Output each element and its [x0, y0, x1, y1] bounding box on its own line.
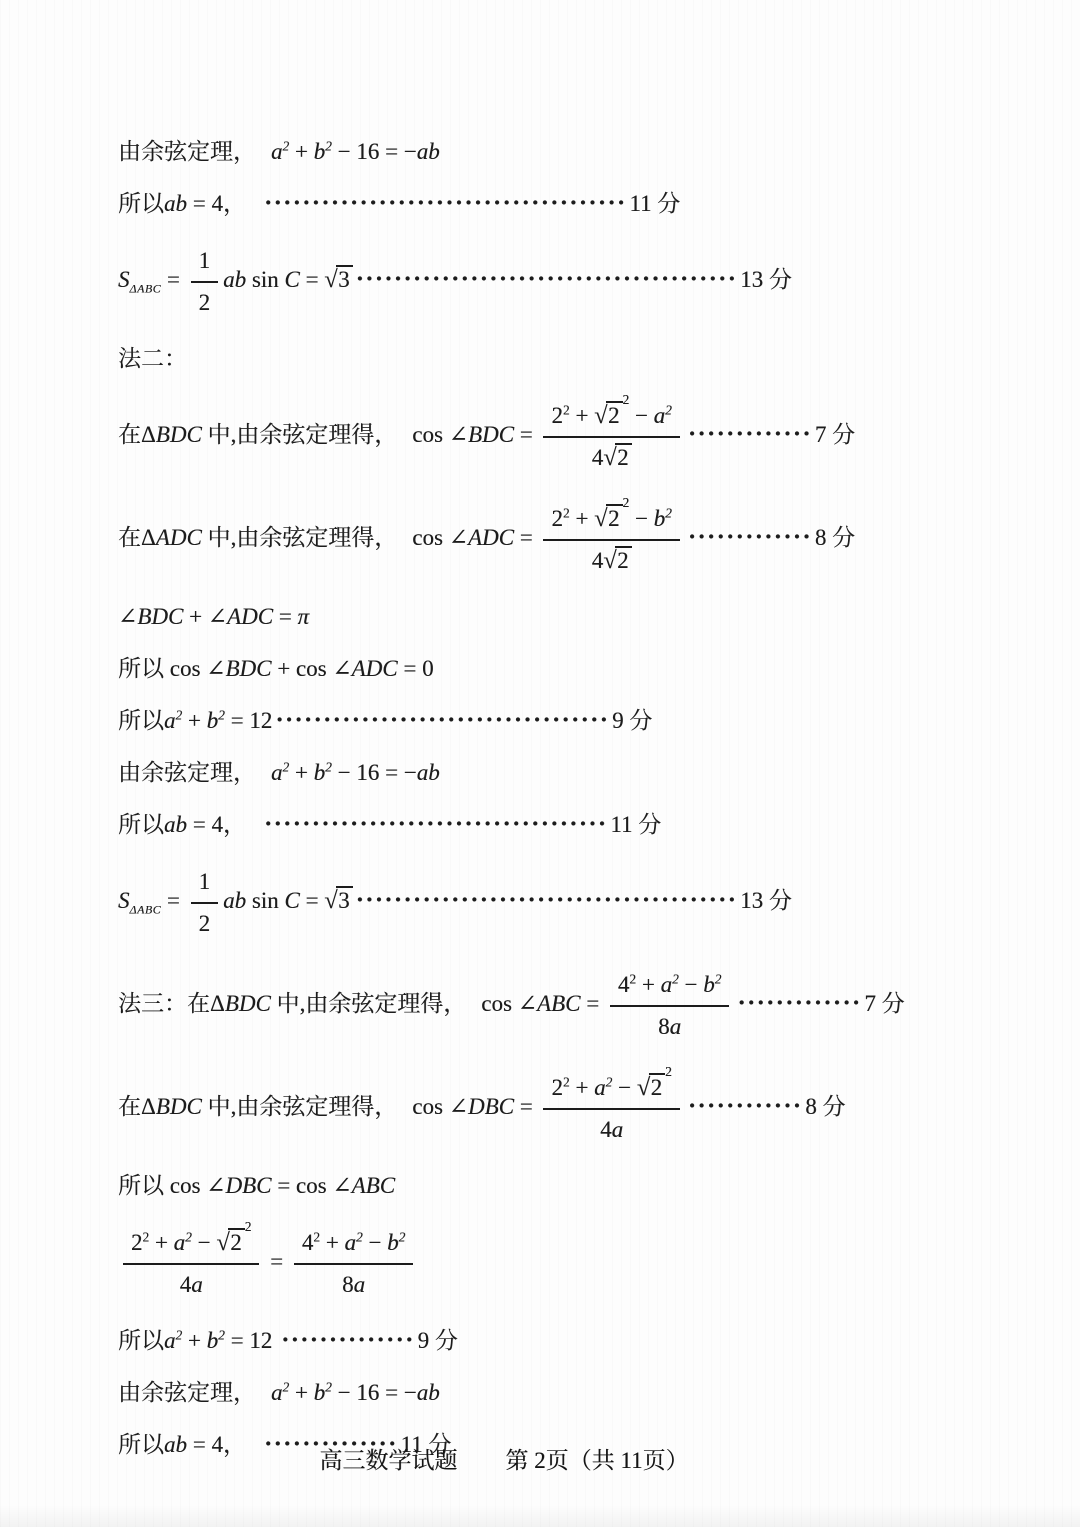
- text-run: 所以: [118, 656, 164, 681]
- math-run: =: [273, 604, 297, 629]
- text-run: 在: [118, 525, 141, 550]
- math-run: cos ∠: [412, 525, 468, 550]
- footer-page-info: 第 2页（共 11页）: [505, 1442, 688, 1475]
- math-var: C: [284, 888, 299, 913]
- math-run: cos ∠: [481, 991, 537, 1016]
- math-line-17: 所以a2 + b2 = 12 ··············9 分: [118, 1323, 1020, 1359]
- text-run: 中,由余弦定理得，: [202, 1094, 398, 1119]
- math-line-7: ∠BDC + ∠ADC = π: [118, 599, 1020, 635]
- math-run: − 16 = −: [332, 1380, 417, 1405]
- fraction: 22 + √22 − b24√2: [543, 502, 679, 577]
- math-run: +: [570, 403, 594, 428]
- text-run: 在: [118, 422, 141, 447]
- text-run: 法三：在: [118, 991, 210, 1016]
- text-run: 法二：: [118, 346, 187, 371]
- math-power: a2: [271, 760, 289, 785]
- math-run: +: [289, 139, 313, 164]
- dot-leader: ·············: [688, 421, 812, 448]
- math-run: =: [514, 422, 538, 447]
- math-run: 2: [199, 911, 211, 936]
- text-run: 中,由余弦定理得，: [202, 422, 398, 447]
- math-run: +: [570, 1075, 594, 1100]
- math-run: 8: [658, 1014, 670, 1039]
- math-run: Δ: [141, 525, 156, 550]
- math-line-15: 所以 cos ∠DBC = cos ∠ABC: [118, 1168, 1020, 1204]
- math-power: b2: [654, 506, 672, 531]
- math-run: +: [182, 1328, 206, 1353]
- text-run: 所以: [118, 812, 164, 837]
- math-run: −: [612, 1075, 636, 1100]
- math-run: +: [149, 1230, 173, 1255]
- dot-leader: ·············: [688, 524, 812, 551]
- text-run: 由余弦定理，: [118, 139, 256, 164]
- math-run: 4: [592, 445, 604, 470]
- math-run: + cos ∠: [271, 656, 351, 681]
- math-run: +: [320, 1230, 344, 1255]
- math-power: a2: [174, 1230, 192, 1255]
- dot-leader: ······································: [264, 190, 626, 217]
- text-run: 中,由余弦定理得，: [271, 991, 467, 1016]
- math-run: −: [629, 506, 653, 531]
- math-power: 22: [551, 506, 569, 531]
- sqrt-expr: √2: [603, 443, 631, 473]
- math-line-3: SΔABC = 12ab sin C = √3·················…: [118, 238, 1020, 325]
- math-run: = 12: [225, 708, 272, 733]
- text-run: 在: [118, 1094, 141, 1119]
- solution-content: 由余弦定理，a2 + b2 − 16 = −ab所以ab = 4，·······…: [0, 0, 1080, 1463]
- math-run: =: [161, 267, 185, 292]
- fraction: 42 + a2 − b28a: [610, 968, 729, 1043]
- math-run: 7 分: [815, 422, 855, 447]
- math-power: 22: [551, 1075, 569, 1100]
- math-power: b2: [314, 1380, 332, 1405]
- math-run: −: [629, 403, 653, 428]
- fraction: 42 + a2 − b28a: [294, 1226, 413, 1301]
- math-var: ADC: [156, 525, 202, 550]
- math-line-13: 法三：在ΔBDC 中,由余弦定理得，cos ∠ABC = 42 + a2 − b…: [118, 962, 1020, 1049]
- math-run: = 4: [187, 191, 223, 216]
- math-var: ab: [417, 1380, 440, 1405]
- math-run: 4: [600, 1117, 612, 1142]
- math-var: a: [354, 1272, 366, 1297]
- sqrt-expr: √3: [324, 262, 352, 298]
- math-run: 13 分: [740, 267, 792, 292]
- math-power: a2: [164, 708, 182, 733]
- text-run: 所以: [118, 1328, 164, 1353]
- math-line-1: 由余弦定理，a2 + b2 − 16 = −ab: [118, 134, 1020, 170]
- fraction: 22 + a2 − √224a: [123, 1226, 259, 1301]
- math-power: b2: [207, 1328, 225, 1353]
- text-run: 所以: [118, 1173, 164, 1198]
- math-run: cos ∠: [412, 1094, 468, 1119]
- math-var: C: [284, 267, 299, 292]
- math-power: a2: [271, 1380, 289, 1405]
- fraction: 12: [191, 244, 219, 319]
- math-power: a2: [164, 1328, 182, 1353]
- math-run: − 16 = −: [332, 760, 417, 785]
- math-power: b2: [207, 708, 225, 733]
- math-run: +: [636, 972, 660, 997]
- math-run: =: [514, 1094, 538, 1119]
- math-line-9: 所以a2 + b2 = 12··························…: [118, 703, 1020, 739]
- math-run: = 0: [398, 656, 434, 681]
- math-run: −: [363, 1230, 387, 1255]
- math-run: 8 分: [815, 525, 855, 550]
- math-line-18: 由余弦定理，a2 + b2 − 16 = −ab: [118, 1375, 1020, 1411]
- fraction: 22 + a2 − √224a: [543, 1071, 679, 1146]
- math-line-10: 由余弦定理，a2 + b2 − 16 = −ab: [118, 755, 1020, 791]
- math-var: ab: [417, 760, 440, 785]
- math-power: a2: [654, 403, 672, 428]
- text-run: 中,由余弦定理得，: [202, 525, 398, 550]
- sqrt-expr: √22: [594, 504, 629, 534]
- math-line-16: 22 + a2 − √224a = 42 + a2 − b28a: [118, 1220, 1020, 1307]
- math-line-14: 在ΔBDC 中,由余弦定理得，cos ∠DBC = 22 + a2 − √224…: [118, 1065, 1020, 1152]
- sqrt-expr: √22: [216, 1228, 251, 1258]
- math-run: 2: [199, 290, 211, 315]
- math-power: 42: [618, 972, 636, 997]
- math-var: BDC: [225, 656, 271, 681]
- math-run: =: [300, 267, 324, 292]
- math-var: ab: [164, 191, 187, 216]
- math-run: = 12: [225, 1328, 278, 1353]
- text-run: 所以: [118, 191, 164, 216]
- footer-doc-title: 高三数学试题: [319, 1442, 457, 1475]
- dot-leader: ··············: [281, 1327, 415, 1354]
- math-run: 9 分: [418, 1328, 458, 1353]
- math-var: BDC: [156, 1094, 202, 1119]
- math-var: ab: [417, 139, 440, 164]
- text-run: 所以: [118, 708, 164, 733]
- math-run: 11 分: [629, 191, 680, 216]
- math-var: ABC: [352, 1173, 395, 1198]
- math-line-11: 所以ab = 4，·······························…: [118, 807, 1020, 843]
- dot-leader: ········································: [356, 887, 738, 914]
- math-run: 13 分: [740, 888, 792, 913]
- math-run: Δ: [210, 991, 225, 1016]
- math-var: BDC: [468, 422, 514, 447]
- math-var: BDC: [137, 604, 183, 629]
- math-run: 7 分: [864, 991, 904, 1016]
- dot-leader: ····································: [264, 811, 607, 838]
- math-power: a2: [345, 1230, 363, 1255]
- sqrt-expr: √22: [594, 401, 629, 431]
- sqrt-expr: √3: [324, 883, 352, 919]
- math-var: DBC: [225, 1173, 271, 1198]
- math-var: DBC: [468, 1094, 514, 1119]
- math-run: sin: [246, 267, 284, 292]
- math-run: −: [192, 1230, 216, 1255]
- math-var: ab: [164, 812, 187, 837]
- dot-leader: ·············: [737, 990, 861, 1017]
- math-run: 9 分: [612, 708, 652, 733]
- math-var: ABC: [537, 991, 580, 1016]
- math-run: 1: [199, 869, 211, 894]
- dot-leader: ············: [688, 1093, 802, 1120]
- math-run: cos ∠: [164, 1173, 225, 1198]
- math-var: ab: [223, 267, 246, 292]
- math-var: π: [298, 604, 310, 629]
- math-run: −: [679, 972, 703, 997]
- text-run: 由余弦定理，: [118, 760, 256, 785]
- math-power: 22: [551, 403, 569, 428]
- sqrt-expr: √22: [637, 1073, 672, 1103]
- text-run: ，: [223, 191, 246, 216]
- math-run: 1: [199, 248, 211, 273]
- math-run: +: [289, 760, 313, 785]
- math-subscripted: SΔABC: [118, 888, 161, 913]
- math-run: =: [514, 525, 538, 550]
- math-run: 4: [180, 1272, 192, 1297]
- math-power: b2: [314, 760, 332, 785]
- math-run: + ∠: [183, 604, 227, 629]
- math-line-8: 所以 cos ∠BDC + cos ∠ADC = 0: [118, 651, 1020, 687]
- math-run: =: [161, 888, 185, 913]
- math-var: ab: [223, 888, 246, 913]
- math-line-6: 在ΔADC 中,由余弦定理得，cos ∠ADC = 22 + √22 − b24…: [118, 496, 1020, 583]
- math-var: a: [612, 1117, 624, 1142]
- math-power: 22: [131, 1230, 149, 1255]
- math-run: = 4: [187, 812, 223, 837]
- math-var: a: [670, 1014, 682, 1039]
- math-var: ADC: [468, 525, 514, 550]
- math-power: a2: [271, 139, 289, 164]
- math-var: ADC: [352, 656, 398, 681]
- math-var: BDC: [156, 422, 202, 447]
- math-power: b2: [703, 972, 721, 997]
- fraction: 22 + √22 − a24√2: [543, 399, 679, 474]
- fraction: 12: [191, 865, 219, 940]
- math-power: a2: [661, 972, 679, 997]
- page-footer: 高三数学试题 第 2页（共 11页）: [0, 1442, 1080, 1475]
- dot-leader: ········································: [356, 266, 738, 293]
- math-run: +: [289, 1380, 313, 1405]
- math-run: +: [182, 708, 206, 733]
- math-run: ∠: [118, 604, 137, 629]
- math-power: a2: [594, 1075, 612, 1100]
- math-var: a: [191, 1272, 203, 1297]
- math-run: − 16 = −: [332, 139, 417, 164]
- math-run: Δ: [141, 1094, 156, 1119]
- math-run: 4: [592, 548, 604, 573]
- math-run: cos ∠: [412, 422, 468, 447]
- math-run: =: [300, 888, 324, 913]
- exam-solution-page: 由余弦定理，a2 + b2 − 16 = −ab所以ab = 4，·······…: [0, 0, 1080, 1527]
- math-run: 8 分: [805, 1094, 845, 1119]
- math-subscripted: SΔABC: [118, 267, 161, 292]
- math-run: +: [570, 506, 594, 531]
- math-line-5: 在ΔBDC 中,由余弦定理得，cos ∠BDC = 22 + √22 − a24…: [118, 393, 1020, 480]
- math-run: sin: [246, 888, 284, 913]
- math-run: =: [580, 991, 604, 1016]
- math-run: Δ: [141, 422, 156, 447]
- text-run: 由余弦定理，: [118, 1380, 256, 1405]
- math-line-12: SΔABC = 12ab sin C = √3·················…: [118, 859, 1020, 946]
- math-var: ADC: [227, 604, 273, 629]
- dot-leader: ···································: [275, 707, 609, 734]
- math-power: b2: [314, 139, 332, 164]
- math-run: = cos ∠: [271, 1173, 351, 1198]
- math-run: cos ∠: [164, 656, 225, 681]
- math-var: BDC: [225, 991, 271, 1016]
- math-run: =: [264, 1249, 288, 1274]
- math-run: 11 分: [610, 812, 661, 837]
- math-line-2: 所以ab = 4，·······························…: [118, 186, 1020, 222]
- sqrt-expr: √2: [603, 546, 631, 576]
- math-power: b2: [387, 1230, 405, 1255]
- math-line-4: 法二：: [118, 341, 1020, 377]
- text-run: ，: [223, 812, 246, 837]
- math-power: 42: [302, 1230, 320, 1255]
- math-run: 8: [342, 1272, 354, 1297]
